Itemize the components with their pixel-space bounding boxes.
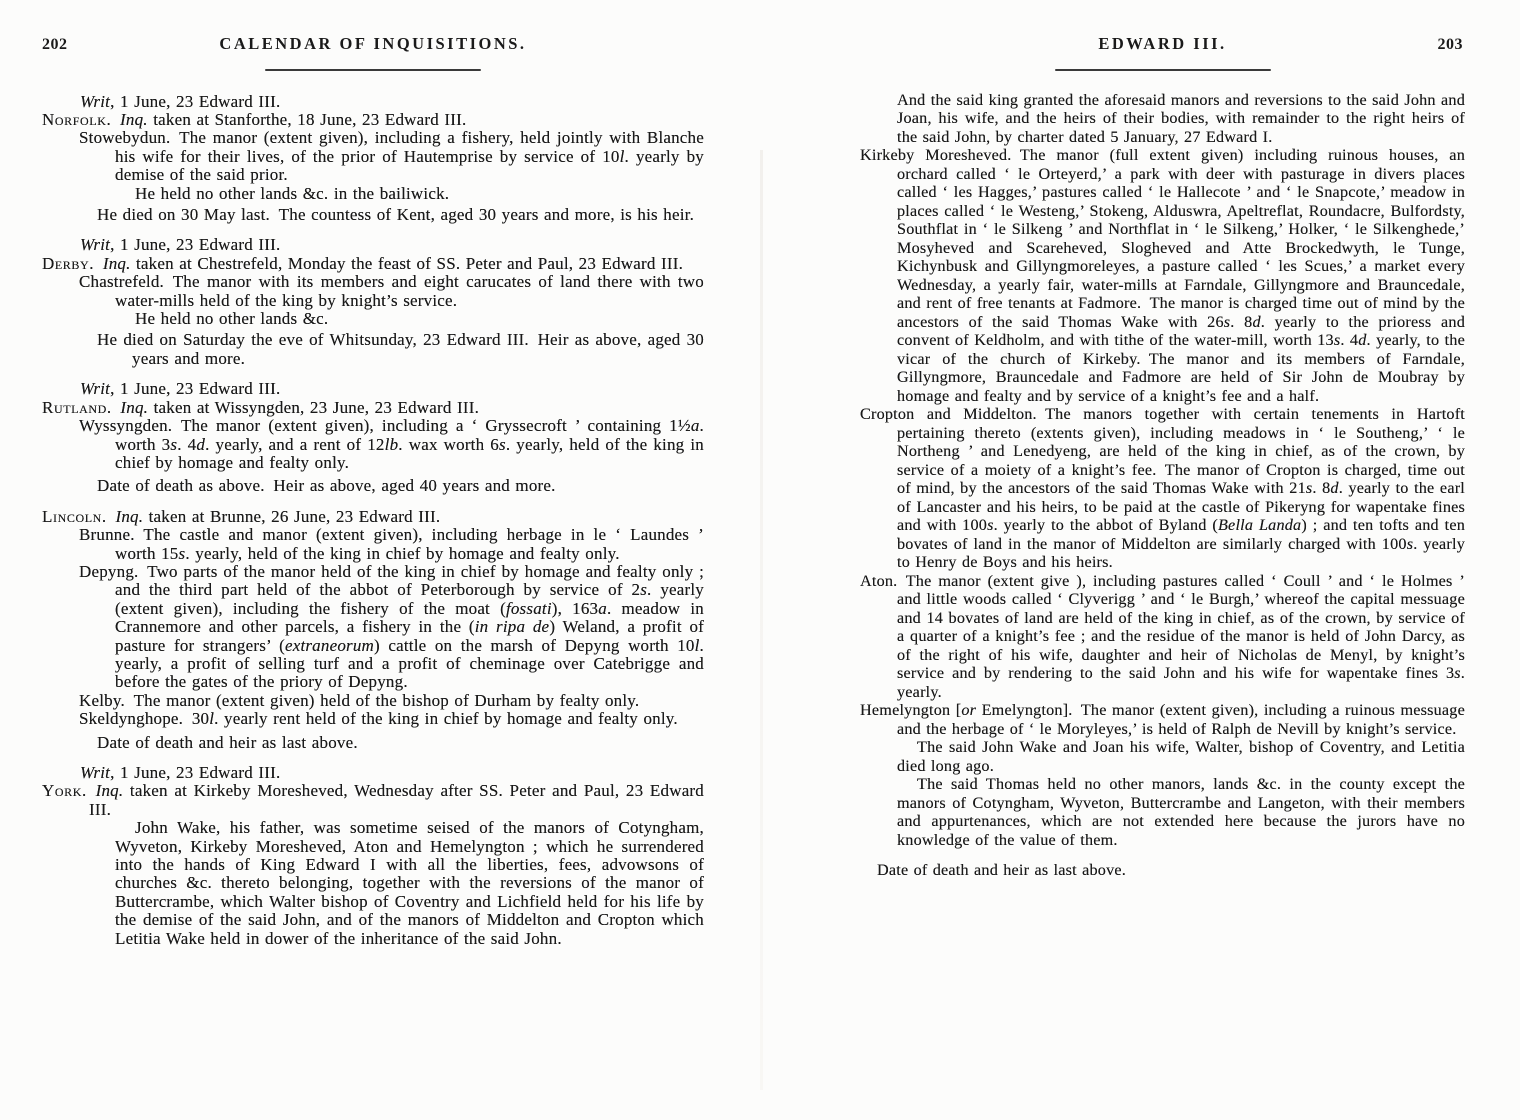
right-page: EDWARD III. 203 And the said king grante…: [860, 34, 1465, 880]
paragraph: Kirkeby Moresheved. The manor (full exte…: [860, 146, 1465, 405]
paragraph: Aton. The manor (extent give ), includin…: [860, 572, 1465, 702]
right-page-header: EDWARD III. 203: [860, 34, 1465, 56]
running-title-right: EDWARD III.: [860, 34, 1465, 54]
paragraph: Date of death and heir as last above.: [860, 861, 1465, 880]
header-rule-right: [1055, 69, 1271, 71]
paragraph: The said John Wake and Joan his wife, Wa…: [860, 738, 1465, 775]
paragraph: Skeldynghope. 30l. yearly rent held of t…: [42, 710, 704, 728]
paragraph: Stowebydun. The manor (extent given), in…: [42, 129, 704, 184]
right-page-body: And the said king granted the aforesaid …: [860, 91, 1465, 880]
paragraph: He held no other lands &c.: [42, 310, 704, 328]
paragraph: Hemelyngton [or Emelyngton]. The manor (…: [860, 701, 1465, 738]
header-rule-left: [265, 69, 481, 71]
paragraph: Writ, 1 June, 23 Edward III.: [42, 236, 704, 254]
page-number-left: 202: [42, 36, 68, 54]
paragraph: Cropton and Middelton. The manors togeth…: [860, 405, 1465, 572]
paragraph: Date of death and heir as last above.: [42, 734, 704, 752]
paragraph: Wyssyngden. The manor (extent given), in…: [42, 417, 704, 472]
paragraph: Rutland. Inq. taken at Wissyngden, 23 Ju…: [42, 399, 704, 417]
paragraph: Derby. Inq. taken at Chestrefeld, Monday…: [42, 255, 704, 273]
left-page-header: 202 CALENDAR OF INQUISITIONS.: [42, 34, 704, 56]
paragraph: Writ, 1 June, 23 Edward III.: [42, 764, 704, 782]
paragraph: Kelby. The manor (extent given) held of …: [42, 692, 704, 710]
paragraph: And the said king granted the aforesaid …: [860, 91, 1465, 147]
page-gutter-shadow: [760, 150, 763, 1090]
page-number-right: 203: [1438, 36, 1464, 54]
paragraph: He died on Saturday the eve of Whitsunda…: [42, 331, 704, 368]
paragraph: He died on 30 May last. The countess of …: [42, 206, 704, 224]
paragraph: John Wake, his father, was sometime seis…: [42, 819, 704, 948]
paragraph: Lincoln. Inq. taken at Brunne, 26 June, …: [42, 508, 704, 526]
left-page-body: Writ, 1 June, 23 Edward III.Norfolk. Inq…: [42, 93, 704, 948]
paragraph: Chastrefeld. The manor with its members …: [42, 273, 704, 310]
paragraph: The said Thomas held no other manors, la…: [860, 775, 1465, 849]
book-spread: 202 CALENDAR OF INQUISITIONS. Writ, 1 Ju…: [0, 0, 1520, 1120]
paragraph: Norfolk. Inq. taken at Stanforthe, 18 Ju…: [42, 111, 704, 129]
paragraph: Depyng. Two parts of the manor held of t…: [42, 563, 704, 692]
left-page: 202 CALENDAR OF INQUISITIONS. Writ, 1 Ju…: [42, 34, 704, 948]
running-title-left: CALENDAR OF INQUISITIONS.: [42, 34, 704, 54]
paragraph: Writ, 1 June, 23 Edward III.: [42, 93, 704, 111]
paragraph: Brunne. The castle and manor (extent giv…: [42, 526, 704, 563]
paragraph: Date of death as above. Heir as above, a…: [42, 477, 704, 495]
paragraph: Writ, 1 June, 23 Edward III.: [42, 380, 704, 398]
paragraph: York. Inq. taken at Kirkeby Moresheved, …: [42, 782, 704, 819]
paragraph: He held no other lands &c. in the bailiw…: [42, 185, 704, 203]
